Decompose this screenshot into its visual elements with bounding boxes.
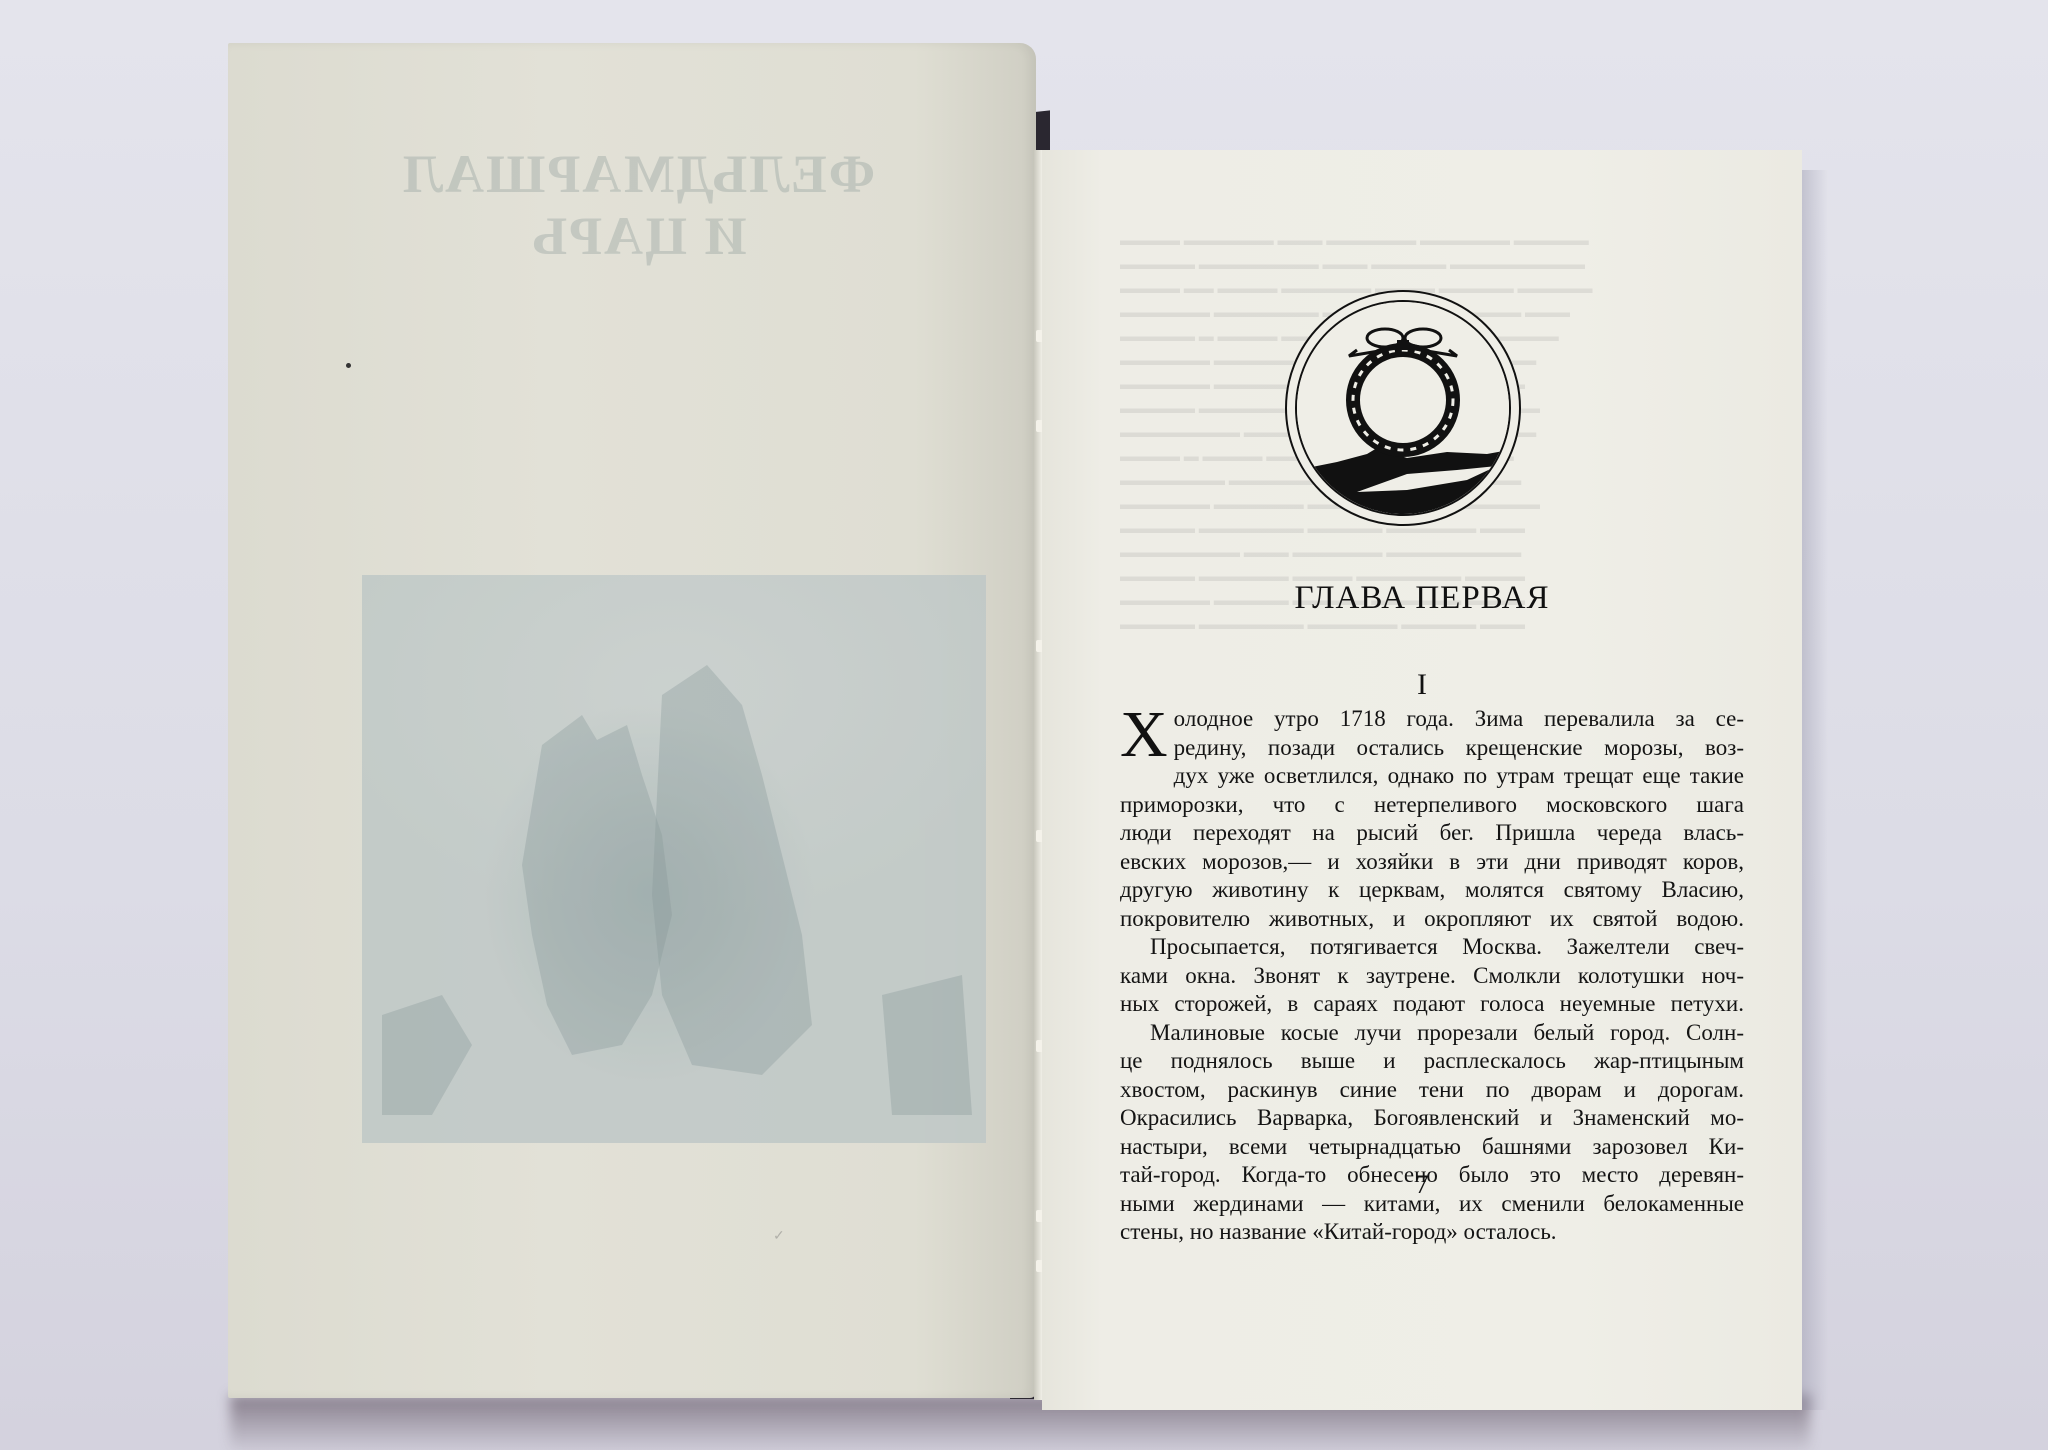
- paragraph-3: Малиновые косые лучи прорезали белый гор…: [1120, 1019, 1744, 1247]
- faded-illustration: [362, 575, 986, 1143]
- laurel-wreath-icon: [1297, 302, 1509, 514]
- page-edge-shadow: [1800, 170, 1828, 1410]
- right-page: ▬▬▬▬ ▬▬▬▬▬▬ ▬▬▬ ▬▬▬▬▬▬ ▬▬▬▬▬▬ ▬▬▬▬▬ ▬▬▬▬…: [1042, 150, 1802, 1410]
- horse-rider-silhouette-icon: [362, 575, 986, 1143]
- text-line: настыри, всеми четырнадцатью башнями зар…: [1120, 1133, 1744, 1162]
- text-line: приморозки, что с нетерпеливого московск…: [1120, 791, 1744, 820]
- text-line: редину, позади остались крещенские мороз…: [1120, 734, 1744, 763]
- text-line: евских морозов,— и хозяйки в эти дни при…: [1120, 848, 1744, 877]
- page-number: 7: [1042, 1170, 1802, 1200]
- chapter-title: ГЛАВА ПЕРВАЯ: [1042, 580, 1802, 617]
- text-line: хвостом, раскинув синие тени по дворам и…: [1120, 1076, 1744, 1105]
- text-line: ных сторожей, в сараях подают голоса неу…: [1120, 990, 1744, 1019]
- text-line: ками окна. Звонят к заутрене. Смолкли ко…: [1120, 962, 1744, 991]
- chapter-body-text: Х олодное утро 1718 года. Зима перевалил…: [1120, 705, 1744, 1247]
- paragraph-1: Х олодное утро 1718 года. Зима перевалил…: [1120, 705, 1744, 933]
- text-line: дух уже осветлился, однако по утрам трещ…: [1120, 762, 1744, 791]
- text-line: Малиновые косые лучи прорезали белый гор…: [1120, 1019, 1744, 1048]
- paragraph-2: Просыпается, потягивается Москва. Зажелт…: [1120, 933, 1744, 1019]
- text-line: люди переходят на рысий бег. Пришла чере…: [1120, 819, 1744, 848]
- chapter-emblem: [1285, 290, 1521, 526]
- text-line: Просыпается, потягивается Москва. Зажелт…: [1120, 933, 1744, 962]
- emblem-inner-ring: [1295, 300, 1511, 516]
- text-line: це поднялось выше и расплескалось жар-пт…: [1120, 1047, 1744, 1076]
- section-number: I: [1042, 668, 1802, 702]
- text-line: покровителю животных, и окропляют их свя…: [1120, 905, 1744, 934]
- bleed-through-title: ФЕЛЬДМАРШАЛ И ЦАРЬ: [388, 143, 888, 267]
- pencil-mark: ✓: [773, 1228, 785, 1245]
- drop-cap: Х: [1120, 707, 1168, 763]
- text-line: другую животину к церквам, молятся свято…: [1120, 876, 1744, 905]
- text-line: стены, но название «Китай-город» осталос…: [1120, 1218, 1744, 1247]
- ink-speck: [346, 363, 351, 368]
- left-page: ФЕЛЬДМАРШАЛ И ЦАРЬ ✓: [228, 43, 1036, 1398]
- text-line: олодное утро 1718 года. Зима перевалила …: [1120, 705, 1744, 734]
- text-line: Окрасились Варварка, Богоявленский и Зна…: [1120, 1104, 1744, 1133]
